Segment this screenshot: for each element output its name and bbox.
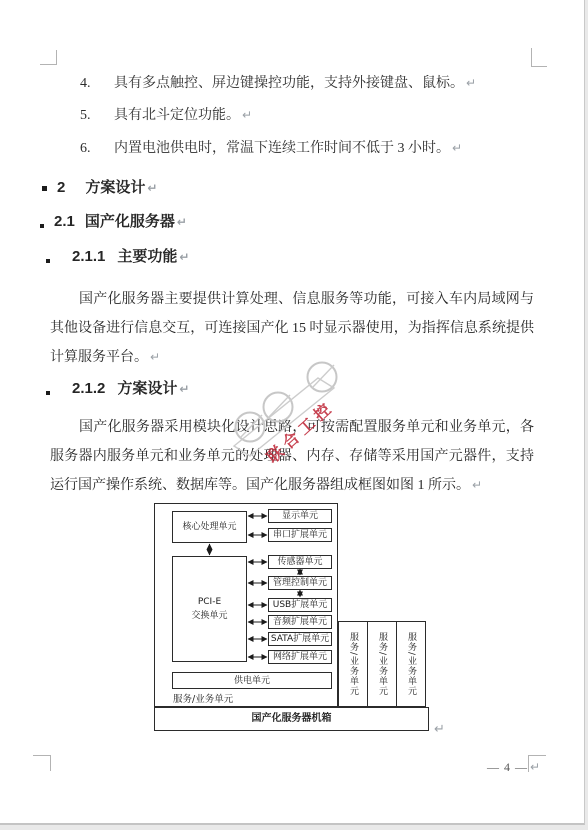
box-label: 服务/业务单元 [348,632,358,696]
heading-2-1-1: 2.1.1主要功能↵ [46,245,189,266]
box-label: 管理控制单元 [273,578,327,588]
heading-2: 2方案设计↵ [42,176,157,197]
box-label: PCI-E [198,595,221,609]
list-text: 内置电池供电时，常温下连续工作时间不低于 3 小时。 [114,141,450,156]
footer-page-number: — 4 —↵ [487,760,541,775]
box-label: USB扩展单元 [273,600,327,610]
service-business-unit-box-2: 服务/业务单元 [367,621,397,707]
box-label: 供电单元 [234,676,270,686]
service-business-unit-box-3: 服务/业务单元 [396,621,426,707]
outline-bullet-icon [46,391,50,395]
management-control-box: 管理控制单元 [268,576,332,590]
list-text: 具有北斗定位功能。 [114,108,240,123]
box-label: 服务/业务单元 [377,632,387,696]
return-mark-icon: ↵ [452,141,462,155]
network-expansion-box: 网络扩展单元 [268,650,332,664]
return-mark-icon: ↵ [466,76,476,90]
heading-text: 方案设计 [117,380,177,397]
return-mark-icon: ↵ [179,250,189,264]
box-label: 网络扩展单元 [273,652,327,662]
list-item-5: 5.具有北斗定位功能。↵ [80,104,252,124]
heading-text: 方案设计 [85,179,145,196]
display-unit-box: 显示单元 [268,509,332,523]
paragraph-design-scheme: 国产化服务器采用模块化设计思路，可按需配置服务单元和业务单元，各服务器内服务单元… [50,413,534,500]
return-mark-icon: ↵ [179,382,189,396]
paragraph-text: 国产化服务器采用模块化设计思路，可按需配置服务单元和业务单元，各服务器内服务单元… [50,420,534,493]
list-text: 具有多点触控、屏边键操控功能，支持外接键盘、鼠标。 [114,76,464,91]
box-label: 交换单元 [191,609,227,623]
outline-bullet-icon [42,186,47,191]
box-label: 串口扩展单元 [273,530,327,540]
page-number-label: — 4 — [487,760,528,774]
paragraph-main-functions: 国产化服务器主要提供计算处理、信息服务等功能，可接入车内局域网与其他设备进行信息… [50,285,534,372]
box-label: 国产化服务器机箱 [252,714,332,724]
return-mark-icon: ↵ [242,108,252,122]
document-page: 4.具有多点触控、屏边键操控功能，支持外接键盘、鼠标。↵ 5.具有北斗定位功能。… [0,0,585,825]
paragraph-text: 国产化服务器主要提供计算处理、信息服务等功能，可接入车内局域网与其他设备进行信息… [50,292,534,365]
return-mark-icon: ↵ [530,760,541,774]
heading-2-1-2: 2.1.2方案设计↵ [46,377,189,398]
core-processing-unit-box: 核心处理单元 [172,511,247,543]
service-business-unit-box-1: 服务/业务单元 [338,621,368,707]
serial-expansion-box: 串口扩展单元 [268,528,332,542]
text-boundary-corner-top-left [40,50,57,65]
sensor-unit-box: 传感器单元 [268,555,332,569]
list-item-6: 6.内置电池供电时，常温下连续工作时间不低于 3 小时。↵ [80,137,462,157]
list-number: 4. [80,76,114,92]
text-boundary-corner-bottom-left [33,755,51,771]
return-mark-icon: ↵ [177,215,187,229]
return-mark-icon: ↵ [147,181,157,195]
heading-text: 主要功能 [117,248,177,265]
audio-expansion-box: 音频扩展单元 [268,615,332,629]
heading-number: 2.1.1 [72,248,105,265]
box-label: SATA扩展单元 [271,634,329,644]
heading-text: 国产化服务器 [85,213,175,230]
box-label: 显示单元 [282,511,318,521]
box-label: 传感器单元 [277,557,322,567]
box-label: 核心处理单元 [182,522,236,532]
usb-expansion-box: USB扩展单元 [268,598,332,612]
text-boundary-corner-top-right [531,48,547,67]
box-label: 音频扩展单元 [273,617,327,627]
server-chassis-box: 国产化服务器机箱 [154,707,429,731]
box-label: 服务/业务单元 [406,632,416,696]
return-mark-icon: ↵ [472,478,482,492]
heading-number: 2.1 [54,213,75,230]
list-number: 5. [80,108,114,124]
outline-bullet-icon [46,259,50,263]
heading-2-1: 2.1国产化服务器↵ [40,210,187,231]
outline-bullet-icon [40,224,44,228]
list-number: 6. [80,141,114,157]
pcie-switch-unit-box: PCI-E 交换单元 [172,556,247,662]
figure-1-block-diagram: 核心处理单元 PCI-E 交换单元 显示单元 串口扩展单元 传感器单元 管理控制… [154,503,431,733]
service-group-label: 服务/业务单元 [173,691,233,705]
power-supply-unit-box: 供电单元 [172,672,332,689]
list-item-4: 4.具有多点触控、屏边键操控功能，支持外接键盘、鼠标。↵ [80,72,476,92]
return-mark-icon: ↵ [150,350,160,364]
sata-expansion-box: SATA扩展单元 [268,632,332,646]
heading-number: 2.1.2 [72,380,105,397]
return-mark-icon: ↵ [434,722,445,737]
heading-number: 2 [57,179,65,196]
word-page-view: { "document": { "marks": { "return": "↵"… [0,0,588,830]
